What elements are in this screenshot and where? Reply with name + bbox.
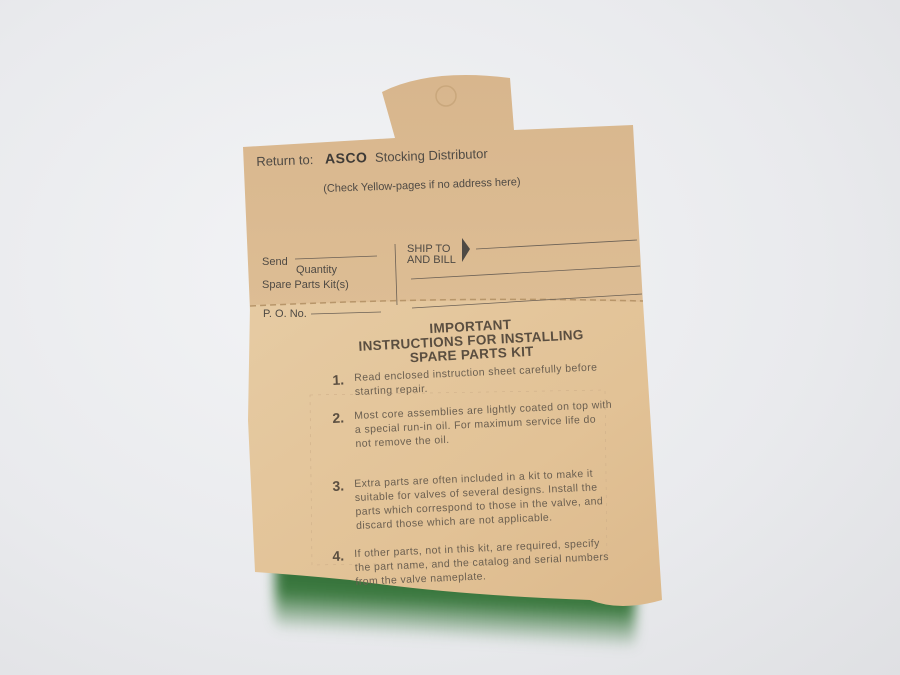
and-bill-line: AND BILL [407,255,456,266]
spare-parts-label: Spare Parts Kit(s) [262,279,349,291]
item-number: 1. [332,371,344,387]
item-text: Extra parts are often included in a kit … [354,466,616,533]
po-number-label: P. O. No. [263,308,307,320]
send-label: Send [262,256,288,268]
spare-parts-envelope: Return to: ASCO Stocking Distributor (Ch… [0,0,900,675]
return-to-label: Return to: [256,152,314,169]
ship-to-label: SHIP TO AND BILL [407,244,456,266]
asco-logo: ASCO [325,149,368,166]
quantity-label: Quantity [296,264,337,276]
item-number: 3. [332,477,344,493]
item-number: 2. [332,409,344,425]
item-number: 4. [332,547,344,563]
